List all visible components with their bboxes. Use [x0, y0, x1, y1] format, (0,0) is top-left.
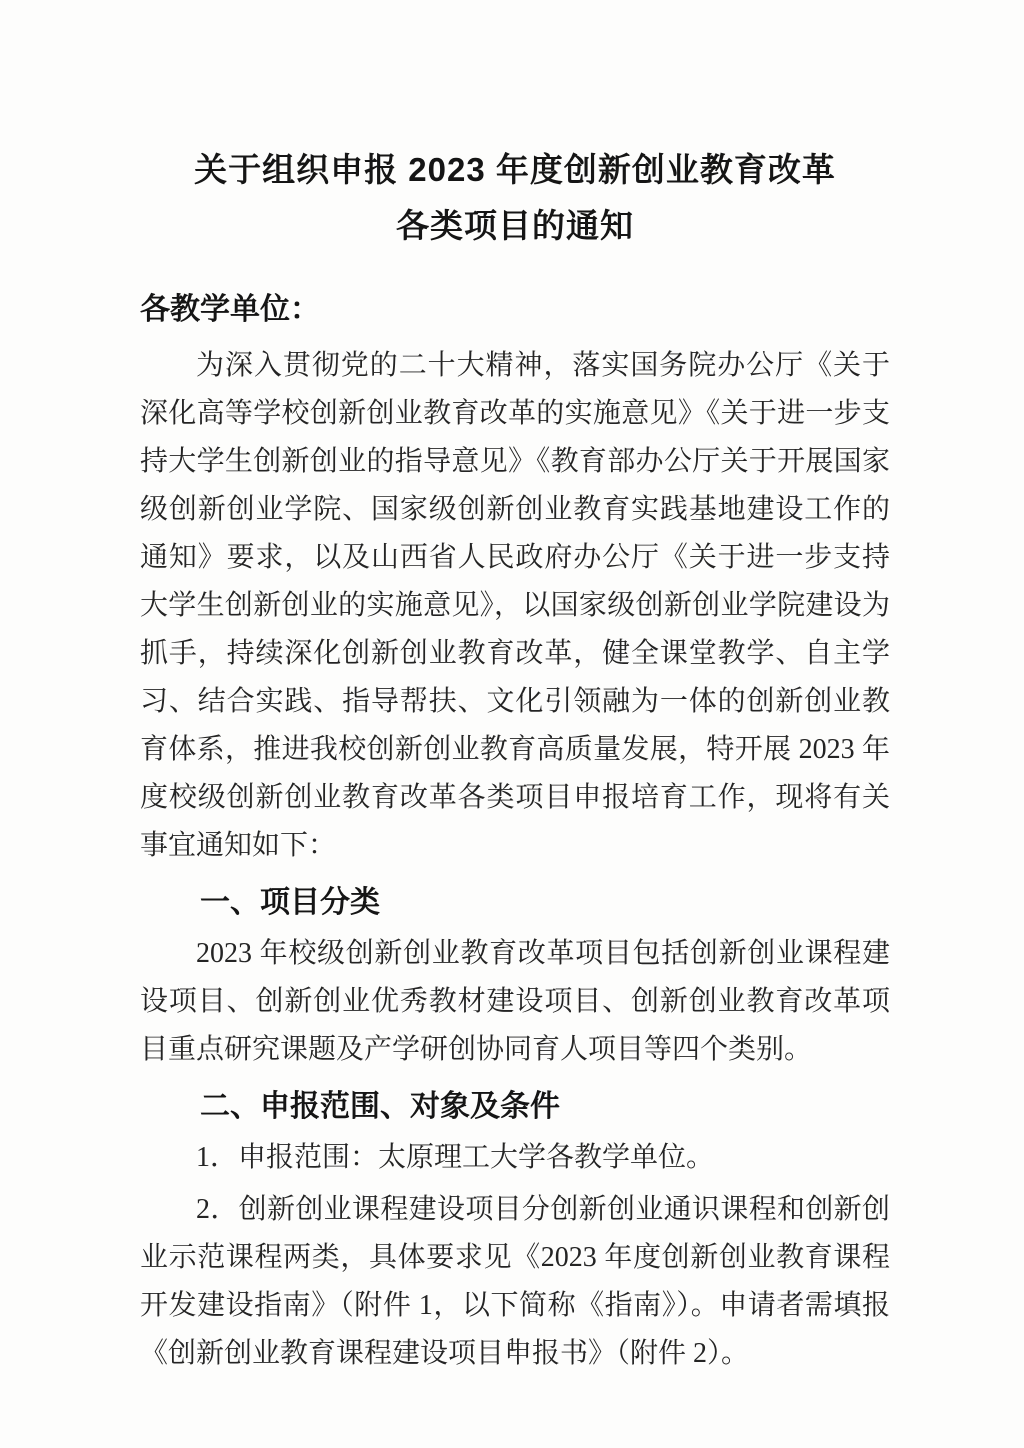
salutation: 各教学单位： — [140, 290, 890, 330]
page-number: 1 — [0, 1334, 1024, 1357]
section-1-heading: 一、项目分类 — [140, 880, 890, 926]
section-1-paragraph: 2023 年校级创新创业教育改革项目包括创新创业课程建设项目、创新创业优秀教材建… — [140, 930, 890, 1074]
section-2-heading: 二、申报范围、对象及条件 — [140, 1084, 890, 1130]
intro-paragraph: 为深入贯彻党的二十大精神，落实国务院办公厅《关于深化高等学校创新创业教育改革的实… — [140, 342, 890, 870]
title-line-2: 各类项目的通知 — [140, 198, 890, 254]
document-page: 关于组织申报 2023 年度创新创业教育改革 各类项目的通知 各教学单位： 为深… — [0, 0, 1024, 1448]
document-title: 关于组织申报 2023 年度创新创业教育改革 各类项目的通知 — [140, 142, 890, 254]
title-line-1: 关于组织申报 2023 年度创新创业教育改革 — [140, 142, 890, 198]
section-2-item-1: 1．申报范围：太原理工大学各教学单位。 — [140, 1134, 890, 1182]
